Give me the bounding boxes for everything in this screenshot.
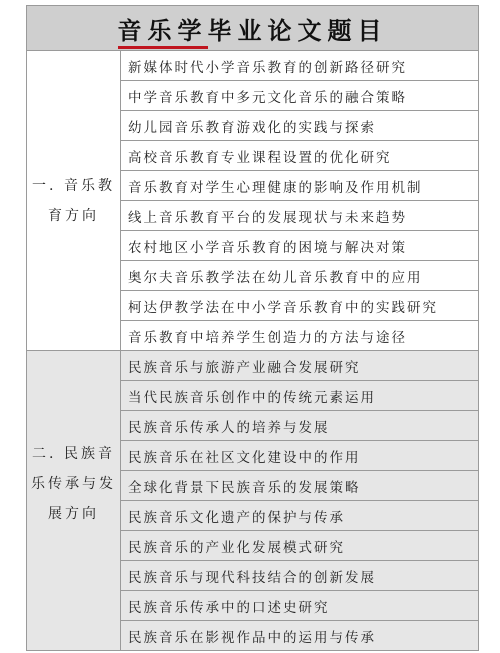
topic-row: 幼儿园音乐教育游戏化的实践与探索 [121, 111, 478, 141]
topic-row: 民族音乐的产业化发展模式研究 [121, 531, 478, 561]
topic-row: 民族音乐传承中的口述史研究 [121, 591, 478, 621]
topic-row: 农村地区小学音乐教育的困境与解决对策 [121, 231, 478, 261]
title-rest: 毕业论文题目 [208, 16, 388, 45]
category-line: 育方向 [32, 201, 115, 231]
category-line: 二. 民族音 [31, 439, 116, 469]
category-line: 乐传承与发 [31, 469, 116, 499]
topic-row: 柯达伊教学法在中小学音乐教育中的实践研究 [121, 291, 478, 321]
category-line: 一. 音乐教 [32, 171, 115, 201]
topic-list: 民族音乐与旅游产业融合发展研究 当代民族音乐创作中的传统元素运用 民族音乐传承人… [121, 351, 478, 650]
category-line: 展方向 [31, 499, 116, 529]
topic-row: 高校音乐教育专业课程设置的优化研究 [121, 141, 478, 171]
topic-row: 民族音乐与现代科技结合的创新发展 [121, 561, 478, 591]
topic-row: 民族音乐在影视作品中的运用与传承 [121, 621, 478, 650]
topic-row: 音乐教育中培养学生创造力的方法与途径 [121, 321, 478, 350]
section-music-education: 一. 音乐教 育方向 新媒体时代小学音乐教育的创新路径研究 中学音乐教育中多元文… [27, 51, 478, 351]
section-ethnic-music: 二. 民族音 乐传承与发 展方向 民族音乐与旅游产业融合发展研究 当代民族音乐创… [27, 351, 478, 651]
topic-list: 新媒体时代小学音乐教育的创新路径研究 中学音乐教育中多元文化音乐的融合策略 幼儿… [121, 51, 478, 350]
topic-row: 民族音乐在社区文化建设中的作用 [121, 441, 478, 471]
title-row: 音乐学毕业论文题目 [27, 6, 478, 51]
topic-row: 新媒体时代小学音乐教育的创新路径研究 [121, 51, 478, 81]
topic-row: 音乐教育对学生心理健康的影响及作用机制 [121, 171, 478, 201]
topic-row: 民族音乐传承人的培养与发展 [121, 411, 478, 441]
page-title: 音乐学毕业论文题目 [118, 11, 388, 46]
title-underlined: 音乐学 [118, 16, 208, 49]
topic-row: 奥尔夫音乐教学法在幼儿音乐教育中的应用 [121, 261, 478, 291]
topic-row: 民族音乐与旅游产业融合发展研究 [121, 351, 478, 381]
topic-row: 中学音乐教育中多元文化音乐的融合策略 [121, 81, 478, 111]
category-label: 二. 民族音 乐传承与发 展方向 [27, 351, 121, 650]
topic-row: 当代民族音乐创作中的传统元素运用 [121, 381, 478, 411]
topic-row: 线上音乐教育平台的发展现状与未来趋势 [121, 201, 478, 231]
topic-row: 全球化背景下民族音乐的发展策略 [121, 471, 478, 501]
category-label: 一. 音乐教 育方向 [27, 51, 121, 350]
thesis-topics-table: 音乐学毕业论文题目 一. 音乐教 育方向 新媒体时代小学音乐教育的创新路径研究 … [26, 5, 479, 651]
topic-row: 民族音乐文化遗产的保护与传承 [121, 501, 478, 531]
